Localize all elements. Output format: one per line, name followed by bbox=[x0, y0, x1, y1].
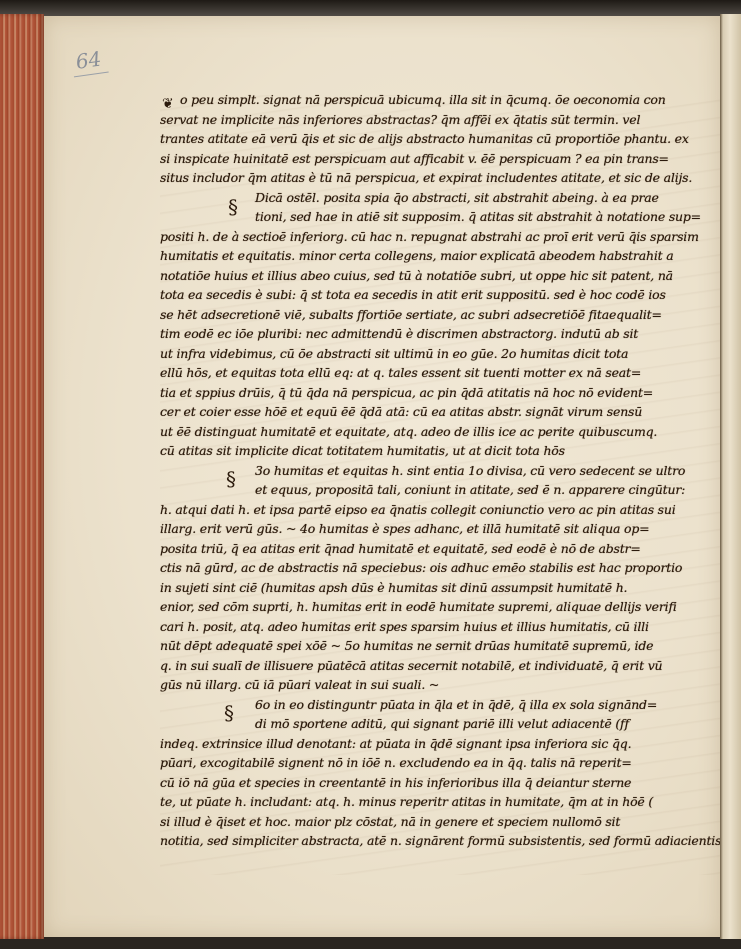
text-line: notatiōe huius et illius abeo cuius, sed… bbox=[160, 266, 720, 286]
book-bottom-edge bbox=[0, 939, 741, 949]
facing-page-edge bbox=[720, 14, 741, 939]
text-line: Dicā ostēl. posita spia q̄o abstracti, s… bbox=[160, 188, 720, 208]
text-line: illarg. erit verū gūs. ~ 4o humitas è sp… bbox=[160, 519, 720, 539]
text-line: 6o in eo distinguntr pūata in q̄la et in… bbox=[160, 695, 720, 715]
text-line: et equus, propositā tali, coniunt in ati… bbox=[160, 480, 720, 500]
text-line: cari h. posit, atq. adeo humitas erit sp… bbox=[160, 617, 720, 637]
paragraph-3: 3o humitas et equitas h. sint entia 1o d… bbox=[160, 461, 720, 695]
text-line: h. atqui dati h. et ipsa partē eipso ea … bbox=[160, 500, 720, 520]
text-line: tota ea secedis è subi: q̄ st tota ea se… bbox=[160, 285, 720, 305]
text-line: nūt dēpt adequatē spei xōē ~ 5o humitas … bbox=[160, 636, 720, 656]
text-line: o peu simplt. signat nā perspicuā ubicum… bbox=[160, 90, 720, 110]
text-line: si illud è q̄iset et hoc. maior plz cōst… bbox=[160, 812, 720, 832]
text-line: situs includor q̄m atitas è tū nā perspi… bbox=[160, 168, 720, 188]
text-line: te, ut pūate h. includant: atq. h. minus… bbox=[160, 792, 720, 812]
text-line: 3o humitas et equitas h. sint entia 1o d… bbox=[160, 461, 720, 481]
text-line: q. in sui sualī de illisuere pūatēcā ati… bbox=[160, 656, 720, 676]
paragraph-4: 6o in eo distinguntr pūata in q̄la et in… bbox=[160, 695, 720, 851]
text-line: trantes atitate eā verū q̄is et sic de a… bbox=[160, 129, 720, 149]
manuscript-text: o peu simplt. signat nā perspicuā ubicum… bbox=[160, 90, 720, 851]
folio-number: 64 bbox=[70, 46, 109, 78]
text-line: ut infra videbimus, cū ōe abstracti sit … bbox=[160, 344, 720, 364]
text-line: cū iō nā gūa et species in creentantē in… bbox=[160, 773, 720, 793]
text-line: ellū hōs, et equitas tota ellū eq: at q.… bbox=[160, 363, 720, 383]
text-line: se hēt adsecretionē viē, subalts ffortiō… bbox=[160, 305, 720, 325]
text-line: servat ne implicite nās inferiores abstr… bbox=[160, 110, 720, 130]
text-line: enior, sed cōm suprti, h. humitas erit i… bbox=[160, 597, 720, 617]
paragraph-2: Dicā ostēl. posita spia q̄o abstracti, s… bbox=[160, 188, 720, 461]
text-line: ctis nā gūrd, ac de abstractis nā specie… bbox=[160, 558, 720, 578]
paragraph-1: o peu simplt. signat nā perspicuā ubicum… bbox=[160, 90, 720, 188]
text-line: gūs nū illarg. cū iā pūari valeat in sui… bbox=[160, 675, 720, 695]
text-line: ut ēē distinguat humitatē et equitate, a… bbox=[160, 422, 720, 442]
text-line: si inspicate huinitatē est perspicuam au… bbox=[160, 149, 720, 169]
text-line: tim eodē ec iōe pluribi: nec admittendū … bbox=[160, 324, 720, 344]
text-line: di mō sportene aditū, qui signant pariē … bbox=[160, 714, 720, 734]
text-line: notitia, sed simpliciter abstracta, atē … bbox=[160, 831, 720, 851]
text-line: pūari, excogitabilē signent nō in iōē n.… bbox=[160, 753, 720, 773]
page-edges-red bbox=[0, 14, 44, 939]
text-line: tia et sppius drūis, q̄ tū q̄da nā persp… bbox=[160, 383, 720, 403]
text-line: in sujeti sint ciē (humitas apsh dūs è h… bbox=[160, 578, 720, 598]
text-line: positi h. de à sectioē inferiorg. cū hac… bbox=[160, 227, 720, 247]
text-line: humitatis et equitatis. minor certa coll… bbox=[160, 246, 720, 266]
text-line: indeq. extrinsice illud denotant: at pūa… bbox=[160, 734, 720, 754]
text-line: cer et coier esse hōē et equū ēē q̄dā at… bbox=[160, 402, 720, 422]
text-line: cū atitas sit implicite dicat totitatem … bbox=[160, 441, 720, 461]
text-line: posita triū, q̄ ea atitas erit q̄nad hum… bbox=[160, 539, 720, 559]
text-line: tioni, sed hae in atiē sit supposim. q̄ … bbox=[160, 207, 720, 227]
